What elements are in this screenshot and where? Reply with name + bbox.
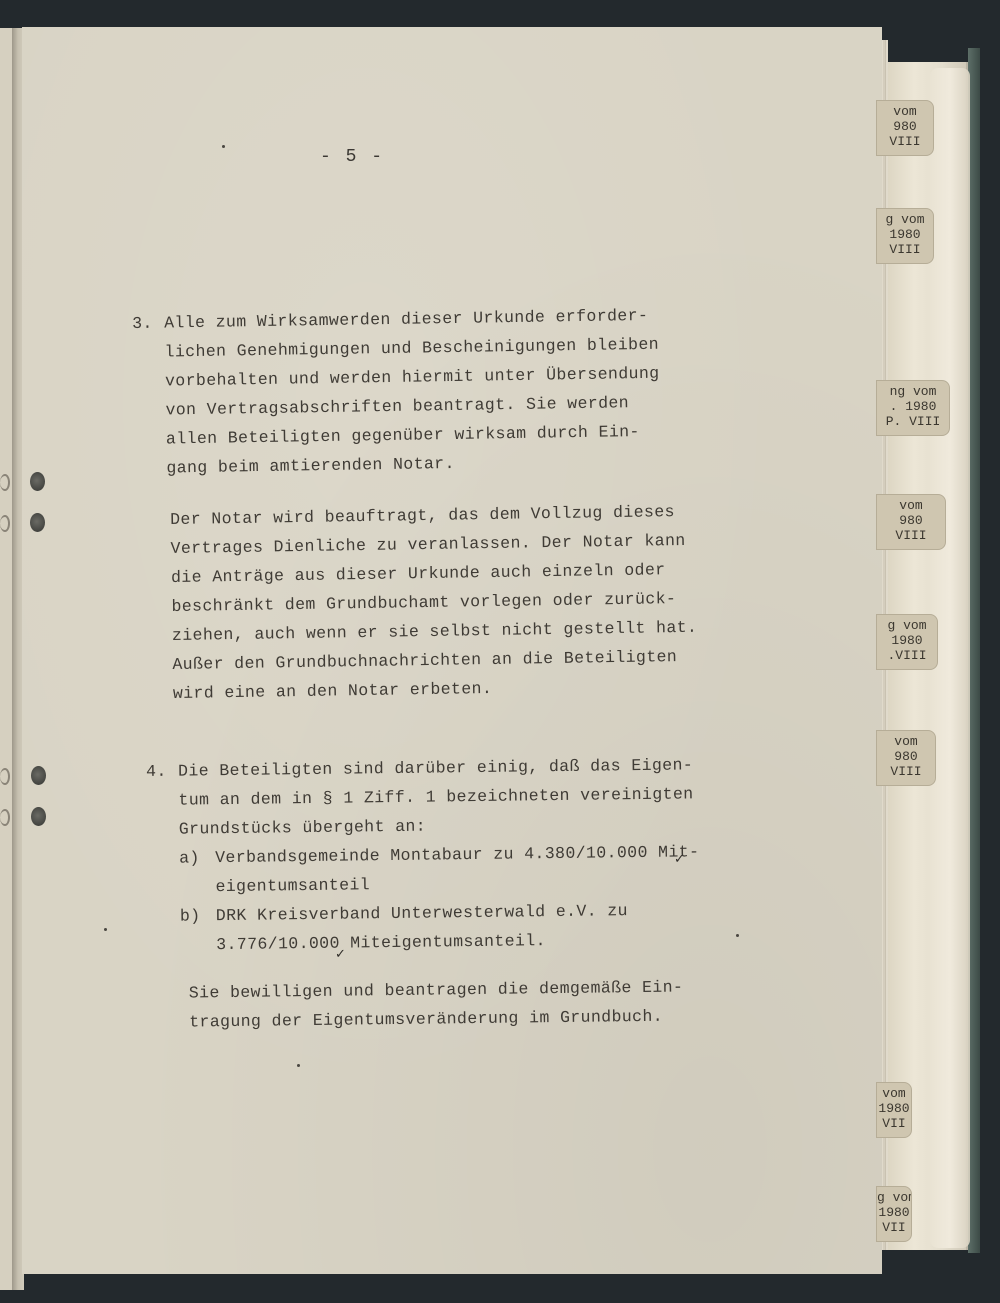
- index-tab[interactable]: vom 980 VIII: [876, 494, 946, 550]
- index-tab-line: g vom: [877, 1190, 911, 1205]
- index-tab-line: 1980: [877, 1205, 911, 1220]
- index-tab-line: VIII: [877, 764, 935, 779]
- index-tab[interactable]: g vom 1980 VII: [876, 1186, 912, 1242]
- index-tab-line: 1980: [877, 633, 937, 648]
- hole-punch: [31, 766, 46, 785]
- index-tab[interactable]: g vom 1980 VIII: [876, 208, 934, 264]
- hole-punch-shadow: [0, 515, 10, 532]
- index-tab[interactable]: vom 980 VIII: [876, 730, 936, 786]
- index-tab-line: vom: [877, 1086, 911, 1101]
- text-line: Grundstücks übergeht an:: [179, 817, 426, 839]
- section-number: 4.: [146, 762, 167, 781]
- index-tab-line: VIII: [877, 528, 945, 543]
- list-marker: a): [179, 848, 200, 867]
- hole-punch-shadow: [0, 474, 10, 491]
- hole-punch-shadow: [0, 809, 10, 826]
- text-line: eigentumsanteil: [215, 875, 370, 896]
- section-3-paragraph-2: Der Notar wird beauftragt, das dem Vollz…: [170, 510, 193, 662]
- index-tab-line: VII: [877, 1116, 911, 1131]
- index-tab[interactable]: ng vom . 1980 P. VIII: [876, 380, 950, 436]
- hole-punch: [30, 513, 45, 532]
- text-line: 3.776/10.000 Miteigentumsanteil.: [216, 931, 546, 954]
- index-tab-line: vom: [877, 104, 933, 119]
- index-tab-line: VII: [877, 1220, 911, 1235]
- checkmark-annotation: ✓: [674, 852, 685, 867]
- scan-speck: [104, 928, 107, 931]
- index-tab[interactable]: vom 980 VIII: [876, 100, 934, 156]
- page-number: - 5 -: [320, 147, 384, 167]
- index-tab-line: 1980: [877, 1101, 911, 1116]
- index-tab[interactable]: g vom 1980 .VIII: [876, 614, 938, 670]
- section-number: 3.: [132, 314, 153, 333]
- index-tab-line: 1980: [877, 227, 933, 242]
- index-tab-line: 980: [877, 749, 935, 764]
- index-tab-line: g vom: [877, 212, 933, 227]
- scan-speck: [297, 1064, 300, 1067]
- section-3: 3. Alle zum Wirksamwerden dieser Urkunde…: [132, 314, 155, 466]
- hole-punch: [31, 807, 46, 826]
- index-tab[interactable]: vom 1980 VII: [876, 1082, 912, 1138]
- index-tab-line: vom: [877, 498, 945, 513]
- index-tab-line: vom: [877, 734, 935, 749]
- index-tab-line: ng vom: [877, 384, 949, 399]
- scan-speck: [222, 145, 225, 148]
- scan-speck: [736, 934, 739, 937]
- list-marker: b): [180, 906, 201, 925]
- hole-punch-shadow: [0, 768, 10, 785]
- index-tab-line: VIII: [877, 134, 933, 149]
- index-tab-line: 980: [877, 119, 933, 134]
- hole-punch: [30, 472, 45, 491]
- section-4: 4. Die Beteiligten sind darüber einig, d…: [146, 762, 170, 1066]
- index-tab-line: 980: [877, 513, 945, 528]
- index-tab-line: .VIII: [877, 648, 937, 663]
- checkmark-annotation: ✓: [335, 947, 346, 962]
- index-tab-line: . 1980: [877, 399, 949, 414]
- index-tab-line: VIII: [877, 242, 933, 257]
- index-tab-line: P. VIII: [877, 414, 949, 429]
- index-tab-line: g vom: [877, 618, 937, 633]
